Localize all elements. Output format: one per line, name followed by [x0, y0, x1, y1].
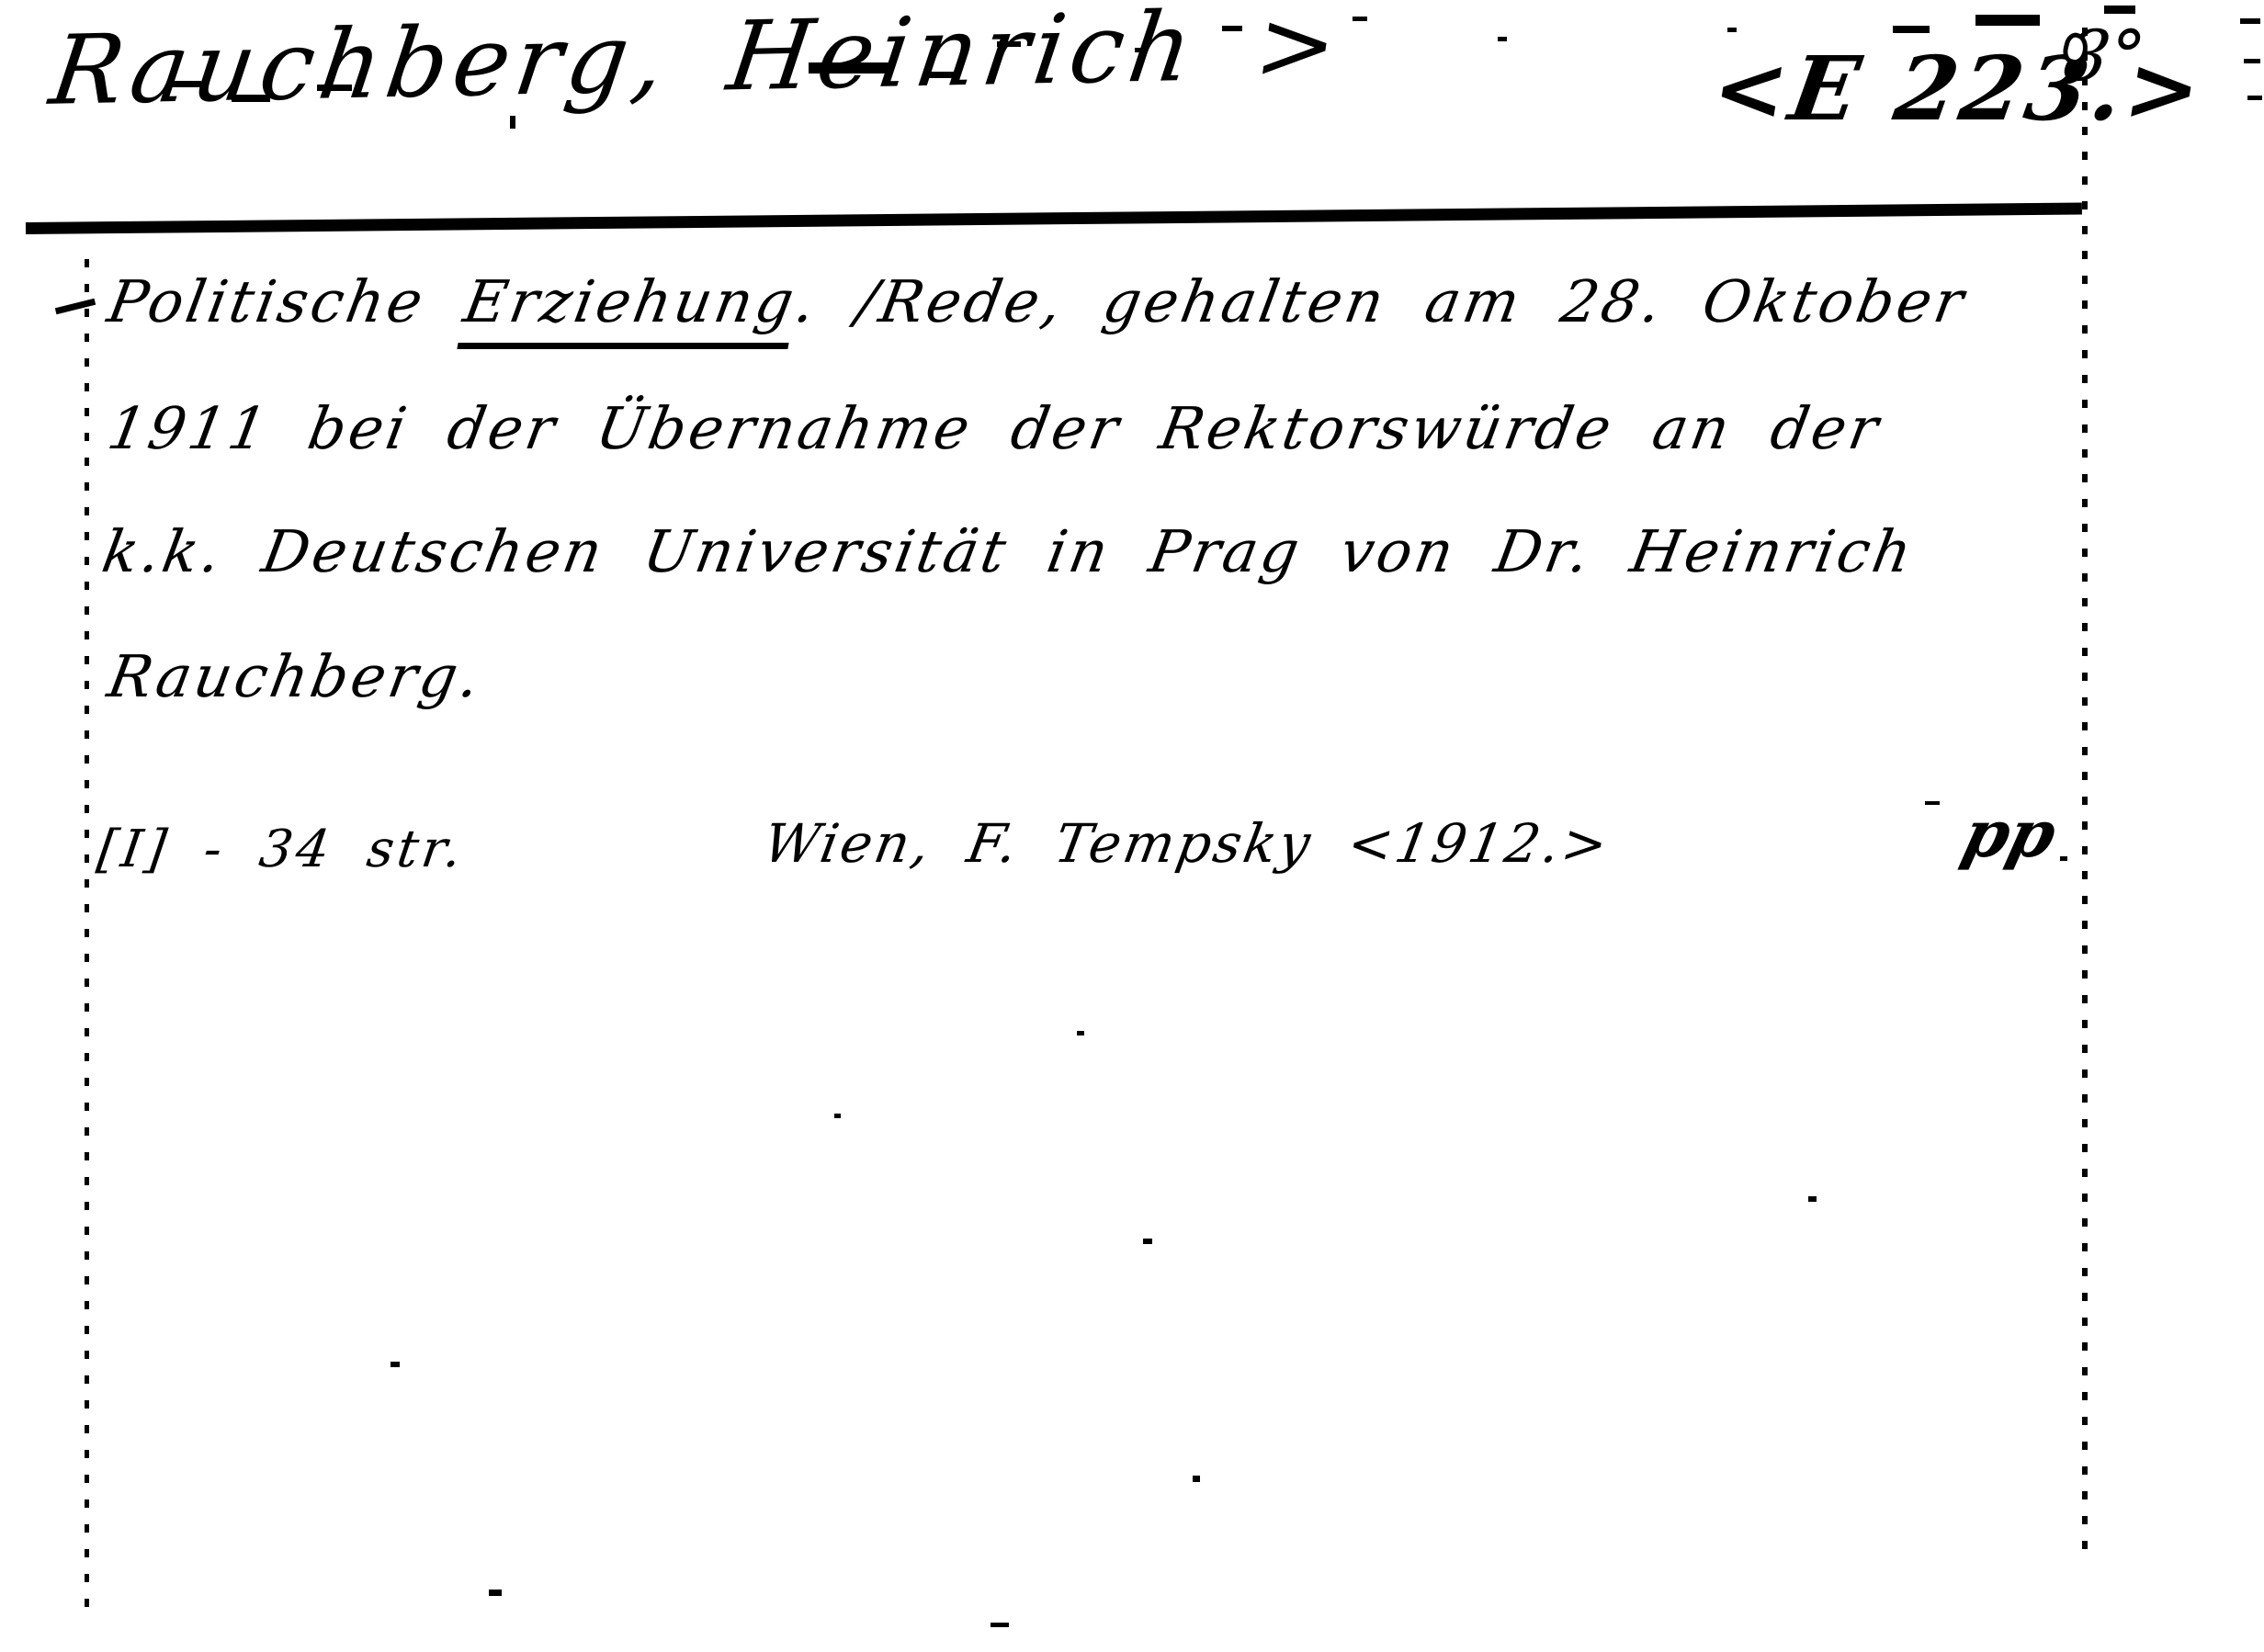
body-line: k.k. Deutschen Universität in Prag von D…	[97, 518, 1919, 585]
title-pre: Politische	[103, 268, 470, 335]
scan-noise-speck	[1808, 1196, 1817, 1202]
scan-noise-speck	[170, 81, 201, 87]
scan-noise-speck	[1222, 26, 1242, 31]
title-line: Politische Erziehung. /Rede, gehalten am…	[103, 268, 1972, 335]
scan-noise-speck	[510, 116, 515, 129]
title-rest: . /Rede, gehalten am 28. Oktober	[790, 268, 1972, 335]
collation-statement: [I] - 34 str.	[94, 820, 469, 879]
scan-noise-speck	[232, 95, 270, 102]
scan-noise-speck	[2060, 856, 2067, 861]
scan-noise-speck	[990, 1623, 1009, 1627]
scan-noise-speck	[1135, 48, 1144, 52]
scan-noise-speck	[317, 85, 352, 91]
author-heading: Rauchberg, Heinrich >	[44, 0, 1350, 127]
scan-noise-speck	[489, 1590, 502, 1596]
annotation-pp: pp	[1955, 796, 2065, 872]
scan-noise-speck	[2104, 6, 2135, 14]
scan-noise-speck	[1727, 28, 1737, 32]
scan-noise-speck	[2240, 18, 2260, 24]
scan-noise-speck	[2247, 96, 2262, 100]
title-underlined: Erziehung	[457, 268, 802, 349]
scan-noise-speck	[997, 41, 1021, 47]
scan-noise-speck	[834, 1114, 841, 1118]
scan-noise-speck	[1193, 1476, 1200, 1482]
scan-noise-speck	[809, 62, 891, 74]
scan-noise-speck	[1893, 26, 1930, 33]
imprint-statement: Wien, F. Tempsky <1912.>	[759, 812, 1615, 875]
scan-noise-speck	[2244, 59, 2260, 63]
scan-noise-speck	[1975, 15, 2040, 26]
scan-noise-speck	[1353, 17, 1367, 21]
catalog-card-scan: { "colors": { "ink": "#000000", "paper":…	[0, 0, 2264, 1652]
scan-noise-tick	[55, 299, 96, 314]
scan-noise-speck	[1077, 1031, 1084, 1035]
scan-noise-speck	[1498, 37, 1507, 41]
scan-noise-speck	[391, 1362, 400, 1367]
scan-noise-speck	[923, 72, 957, 78]
left-dotted-border	[85, 259, 89, 1617]
scan-noise-speck	[1143, 1239, 1152, 1244]
scan-noise-speck	[1925, 801, 1940, 805]
body-line: Rauchberg.	[103, 643, 488, 710]
header-rule	[26, 203, 2082, 234]
right-dotted-border	[2082, 28, 2088, 1564]
body-line: 1911 bei der Übernahme der Rektorswürde …	[103, 395, 1886, 462]
